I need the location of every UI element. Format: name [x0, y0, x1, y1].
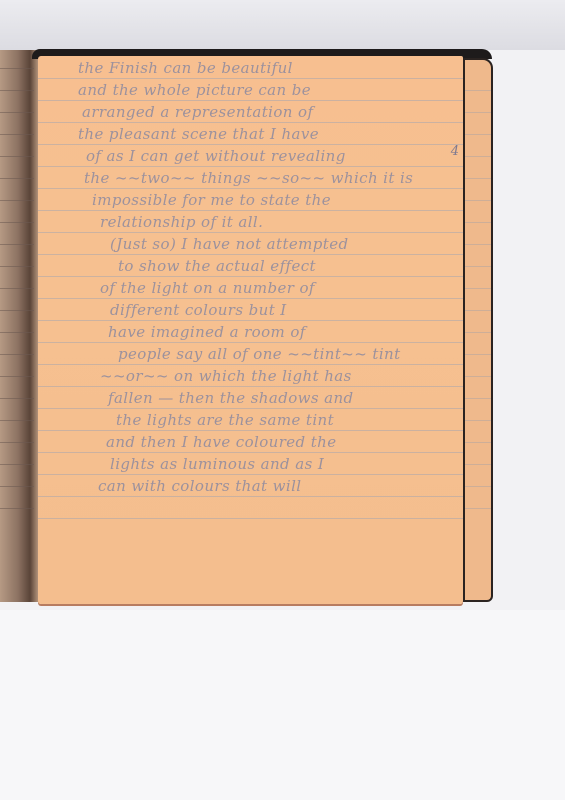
handwritten-line: ~~or~~ on which the light has — [100, 364, 453, 388]
handwritten-line: lights as luminous and as I — [110, 452, 453, 476]
handwritten-line: the ~~two~~ things ~~so~~ which it is — [84, 166, 453, 190]
notebook-spine-left-page — [0, 50, 40, 602]
handwritten-line: (Just so) I have not attempted — [110, 232, 453, 256]
handwritten-line: relationship of it all. — [100, 210, 453, 234]
handwritten-line: arranged a representation of — [82, 100, 453, 124]
handwritten-line: and then I have coloured the — [106, 430, 453, 454]
handwritten-line: people say all of one ~~tint~~ tint — [118, 342, 453, 366]
handwritten-line: the pleasant scene that I have — [78, 122, 453, 146]
handwritten-line: to show the actual effect — [118, 254, 453, 278]
handwritten-line: the Finish can be beautiful — [78, 56, 453, 80]
handwritten-line: of as I can get without revealing — [86, 144, 453, 168]
notebook-page: 4 the Finish can be beautiful and the wh… — [38, 56, 463, 604]
handwritten-line: different colours but I — [110, 298, 453, 322]
handwritten-line: can with colours that will — [98, 474, 453, 498]
handwritten-line: of the light on a number of — [100, 276, 453, 300]
scanner-background-top — [0, 0, 565, 50]
handwritten-line: fallen — then the shadows and — [108, 386, 453, 410]
handwritten-line: have imagined a room of — [108, 320, 453, 344]
scanner-background-bottom — [0, 610, 565, 800]
underlying-pages-edge — [462, 58, 493, 602]
handwritten-line: impossible for me to state the — [92, 188, 453, 212]
handwritten-line: the lights are the same tint — [116, 408, 453, 432]
handwritten-line: and the whole picture can be — [78, 78, 453, 102]
